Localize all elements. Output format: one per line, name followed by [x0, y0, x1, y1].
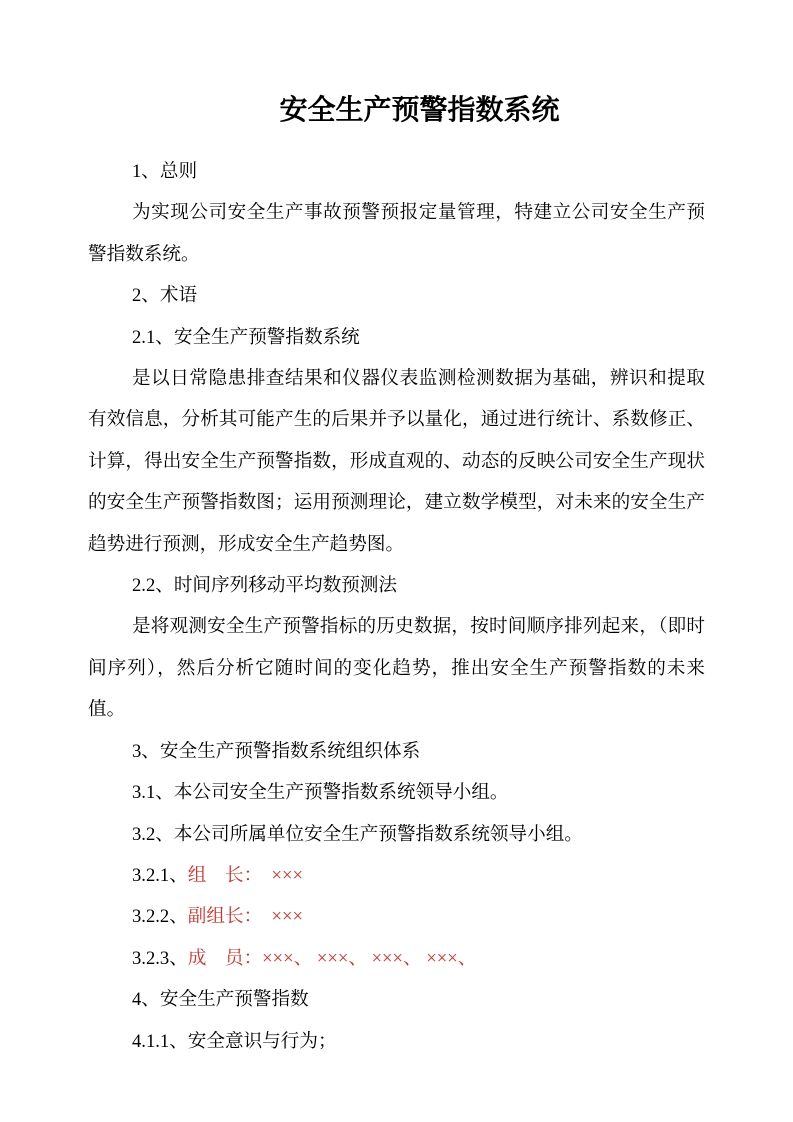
deputy-leader-line: 3.2.2、副组长： ×××: [88, 896, 705, 937]
body-paragraph-3: 是将观测安全生产预警指标的历史数据，按时间顺序排列起来，（即时间序列），然后分析…: [88, 606, 705, 730]
red-placeholder-text: 成 员：×××、 ×××、 ×××、 ×××、: [188, 948, 477, 969]
section-heading-3: 3、安全生产预警指数系统组织体系: [88, 731, 705, 772]
body-paragraph-2: 是以日常隐患排查结果和仪器仪表监测检测数据为基础，辨识和提取有效信息，分析其可能…: [88, 358, 705, 565]
section-heading-2: 2、术语: [88, 275, 705, 316]
section-heading-3-1: 3.1、本公司安全生产预警指数系统领导小组。: [88, 772, 705, 813]
body-paragraph-1: 为实现公司安全生产事故预警预报定量管理，特建立公司安全生产预警指数系统。: [88, 192, 705, 275]
section-heading-3-2: 3.2、本公司所属单位安全生产预警指数系统领导小组。: [88, 814, 705, 855]
clause-number: 3.2.3、: [132, 948, 188, 969]
section-heading-4: 4、安全生产预警指数: [88, 979, 705, 1020]
section-heading-1: 1、总则: [88, 151, 705, 192]
red-placeholder-text: 副组长： ×××: [188, 906, 303, 927]
clause-number: 3.2.1、: [132, 865, 188, 886]
leader-line: 3.2.1、组 长： ×××: [88, 855, 705, 896]
section-heading-2-2: 2.2、时间序列移动平均数预测法: [88, 565, 705, 606]
clause-number: 3.2.2、: [132, 906, 188, 927]
document-title: 安全生产预警指数系统: [88, 90, 705, 130]
red-placeholder-text: 组 长： ×××: [188, 865, 303, 886]
document-page: 安全生产预警指数系统 1、总则 为实现公司安全生产事故预警预报定量管理，特建立公…: [0, 0, 793, 1122]
members-line: 3.2.3、成 员：×××、 ×××、 ×××、 ×××、: [88, 938, 705, 979]
section-heading-2-1: 2.1、安全生产预警指数系统: [88, 317, 705, 358]
section-heading-4-1-1: 4.1.1、安全意识与行为；: [88, 1021, 705, 1062]
